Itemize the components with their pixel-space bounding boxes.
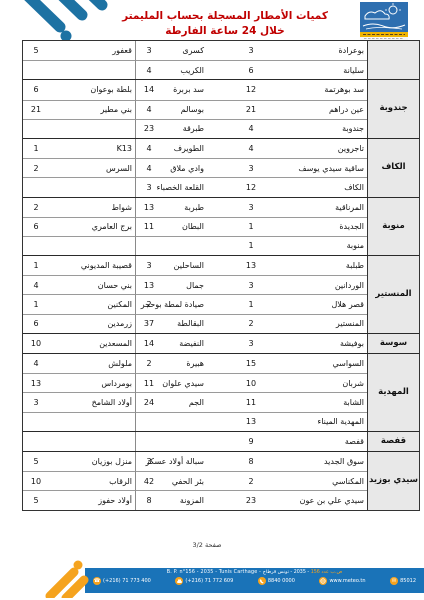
station-name-cell: شواط — [49, 198, 135, 217]
station-name-cell: سوق الجديد — [295, 452, 367, 471]
inm-emblem-icon — [360, 2, 408, 40]
station-name-cell — [162, 236, 207, 255]
station-name-cell: الرقاب — [49, 471, 135, 490]
rainfall-value-cell: 15 — [207, 354, 295, 373]
footer-address-latin: B. P. n°156 - 2035 - Tunis Carthage - — [167, 570, 261, 575]
region-cell: جندوبة — [367, 80, 419, 138]
region-group: قفصةقفصة9 — [23, 431, 419, 451]
rainfall-value-cell: 21 — [23, 100, 49, 119]
region-cell: منوبة — [367, 198, 419, 256]
station-name-cell: المكنين — [49, 294, 135, 313]
rainfall-value-cell: 11 — [135, 217, 162, 236]
rainfall-value-cell — [135, 412, 162, 431]
document-page: كميات الأمطار المسجلة بحساب المليمتر خلا… — [0, 0, 424, 600]
region-cell: الكاف — [367, 139, 419, 197]
station-name-cell: بوعرادة — [295, 41, 367, 60]
rainfall-value-cell: 21 — [207, 100, 295, 119]
station-name-cell — [49, 177, 135, 196]
footer-address-arabic: - 2035 - تونس قرطاج — [263, 570, 311, 575]
rainfall-value-cell: 12 — [207, 177, 295, 196]
station-name-cell: بني مطير — [49, 100, 135, 119]
rainfall-value-cell: 6 — [23, 314, 49, 333]
station-name-cell: البطان — [162, 217, 207, 236]
rainfall-table: بوعرادة3كسرى3قعفور5سليانة6الكريب4جندوبةس… — [22, 40, 420, 511]
region-cell: سوسة — [367, 334, 419, 353]
rainfall-value-cell: 37 — [135, 314, 162, 333]
region-group: الكافتاجروين4الطويرف4K131ساقية سيدي يوسف… — [23, 138, 419, 197]
rainfall-value-cell: 5 — [23, 490, 49, 509]
rainfall-value-cell: 4 — [23, 354, 49, 373]
station-name-cell: الشابة — [295, 392, 367, 411]
rainfall-value-cell: 2 — [207, 314, 295, 333]
rainfall-value-cell: 1 — [207, 236, 295, 255]
rainfall-value-cell — [23, 119, 49, 138]
station-name-cell: ملولش — [49, 354, 135, 373]
rainfall-value-cell: 8 — [135, 490, 162, 509]
region-group: سوسةبوفيشة3النفيضة14المسعدين10 — [23, 333, 419, 353]
station-name-cell: سيدي علوان — [162, 373, 207, 392]
station-name-cell: برج العامري — [49, 217, 135, 236]
call-center-icon — [258, 577, 266, 585]
rainfall-value-cell: 13 — [135, 275, 162, 294]
rainfall-value-cell: 6 — [207, 60, 295, 79]
rainfall-value-cell: 6 — [23, 80, 49, 99]
station-name-cell: سد بوهرتمة — [295, 80, 367, 99]
rainfall-value-cell: 13 — [135, 198, 162, 217]
rainfall-value-cell: 3 — [207, 41, 295, 60]
station-name-cell: بوفيشة — [295, 334, 367, 353]
footer-address: B. P. n°156 - 2035 - Tunis Carthage - ص.… — [93, 570, 416, 575]
rainfall-value-cell: 1 — [23, 139, 49, 158]
station-name-cell: بوسالم — [162, 100, 207, 119]
footer-fax: (+216) 71 772 609 — [175, 577, 233, 585]
sms-number: 85012 — [400, 578, 416, 584]
station-name-cell: الجم — [162, 392, 207, 411]
rainfall-value-cell: 10 — [207, 373, 295, 392]
station-name-cell: سليانة — [295, 60, 367, 79]
rainfall-value-cell: 3 — [207, 334, 295, 353]
station-name-cell: سيدي علي بن عون — [295, 490, 367, 509]
rainfall-value-cell: 3 — [135, 452, 162, 471]
station-name-cell: الساحلين — [162, 256, 207, 275]
region-group: جندوبةسد بوهرتمة12سد بربرة14بلطة بوعوان6… — [23, 79, 419, 138]
rainfall-value-cell — [23, 177, 49, 196]
station-name-cell: القلعة الخصباء — [162, 177, 207, 196]
footer-sms: ✉ 85012 — [390, 577, 416, 585]
rainfall-value-cell: 13 — [207, 412, 295, 431]
rainfall-value-cell: 3 — [135, 177, 162, 196]
station-name-cell: وادي ملاق — [162, 158, 207, 177]
station-name-cell: الوردانين — [295, 275, 367, 294]
rainfall-value-cell: 14 — [135, 80, 162, 99]
rainfall-value-cell: 11 — [207, 392, 295, 411]
rainfall-value-cell: 6 — [23, 217, 49, 236]
footer-contacts: ☎ (+216) 71 773 400 (+216) 71 772 609 88… — [93, 577, 416, 585]
station-name-cell: جمال — [162, 275, 207, 294]
rainfall-value-cell: 2 — [23, 198, 49, 217]
rainfall-value-cell: 13 — [23, 373, 49, 392]
region-group: بوعرادة3كسرى3قعفور5سليانة6الكريب4 — [23, 41, 419, 79]
rainfall-value-cell: 2 — [135, 354, 162, 373]
website-url: www.meteo.tn — [329, 578, 365, 584]
rainfall-value-cell: 23 — [207, 490, 295, 509]
rainfall-value-cell: 11 — [135, 373, 162, 392]
rainfall-value-cell — [135, 432, 162, 451]
diagonal-stripes-orange-icon — [44, 552, 108, 598]
station-name-cell: البقالطة — [162, 314, 207, 333]
station-name-cell: المزونة — [162, 490, 207, 509]
station-name-cell: قفصة — [295, 432, 367, 451]
station-name-cell — [49, 119, 135, 138]
rainfall-value-cell: 3 — [207, 158, 295, 177]
page-number: صفحة 3/2 — [0, 541, 414, 549]
rainfall-value-cell: 4 — [135, 158, 162, 177]
station-name-cell — [49, 236, 135, 255]
station-name-cell: شربان — [295, 373, 367, 392]
station-name-cell: جندوبة — [295, 119, 367, 138]
footer-website: www.meteo.tn — [319, 577, 365, 585]
station-name-cell: أولاد حفوز — [49, 490, 135, 509]
station-name-cell: المرناقية — [295, 198, 367, 217]
station-name-cell: الجديدة — [295, 217, 367, 236]
rainfall-value-cell — [135, 236, 162, 255]
region-group: منوبةالمرناقية3طبربة13شواط2الجديدة1البطا… — [23, 197, 419, 256]
station-name-cell: أولاد الشامخ — [49, 392, 135, 411]
rainfall-value-cell — [23, 236, 49, 255]
rainfall-value-cell — [23, 412, 49, 431]
station-name-cell — [49, 60, 135, 79]
station-name-cell: منوبة — [295, 236, 367, 255]
rainfall-value-cell: 3 — [207, 198, 295, 217]
station-name-cell: قصيبة المديوني — [49, 256, 135, 275]
rainfall-value-cell: 10 — [23, 471, 49, 490]
rainfall-value-cell: 4 — [23, 275, 49, 294]
rainfall-value-cell: 4 — [207, 139, 295, 158]
rainfall-value-cell: 1 — [23, 294, 49, 313]
rainfall-value-cell: 24 — [135, 392, 162, 411]
station-name-cell: السواسي — [295, 354, 367, 373]
region-group: المهديةالسواسي15هبيرة2ملولش4شربان10سيدي … — [23, 353, 419, 431]
station-name-cell: طبربة — [162, 198, 207, 217]
rainfall-value-cell: 8 — [207, 452, 295, 471]
station-name-cell: المهدية الميناء — [295, 412, 367, 431]
station-name-cell: المنستير — [295, 314, 367, 333]
region-cell: المنستير — [367, 256, 419, 333]
rainfall-value-cell: 13 — [207, 256, 295, 275]
rainfall-value-cell: 12 — [207, 80, 295, 99]
region-group: المنستيرطبلبة13الساحلين3قصيبة المديوني1ا… — [23, 255, 419, 333]
rainfall-value-cell: 1 — [207, 294, 295, 313]
rainfall-value-cell — [23, 432, 49, 451]
rainfall-value-cell: 3 — [135, 41, 162, 60]
station-name-cell: بئر الحفي — [162, 471, 207, 490]
station-name-cell: عين دراهم — [295, 100, 367, 119]
station-name-cell: قصر هلال — [295, 294, 367, 313]
station-name-cell: قعفور — [49, 41, 135, 60]
station-name-cell: سد بربرة — [162, 80, 207, 99]
station-name-cell: الكاف — [295, 177, 367, 196]
station-name-cell: كسرى — [162, 41, 207, 60]
station-name-cell — [49, 432, 135, 451]
rainfall-value-cell: 2 — [207, 471, 295, 490]
phone-number: (+216) 71 773 400 — [103, 578, 151, 584]
rainfall-value-cell: 3 — [135, 256, 162, 275]
footer-bar: B. P. n°156 - 2035 - Tunis Carthage - ص.… — [85, 568, 424, 593]
globe-icon — [319, 577, 327, 585]
rainfall-value-cell: 2 — [23, 158, 49, 177]
footer-address-arabic-highlight: ص.ب عدد 156 — [311, 570, 343, 575]
rainfall-value-cell: 5 — [23, 41, 49, 60]
rainfall-value-cell: 1 — [23, 256, 49, 275]
rainfall-value-cell: 42 — [135, 471, 162, 490]
rainfall-value-cell: 4 — [207, 119, 295, 138]
station-name-cell: المكناسي — [295, 471, 367, 490]
station-name-cell: صيادة لمطة بوحجر — [162, 294, 207, 313]
station-name-cell: طبرقة — [162, 119, 207, 138]
station-name-cell: الكريب — [162, 60, 207, 79]
region-group: سيدي بوزيدسوق الجديد8سبالة أولاد عسكر3من… — [23, 451, 419, 510]
station-name-cell: تاجروين — [295, 139, 367, 158]
rainfall-value-cell: 14 — [135, 334, 162, 353]
station-name-cell: بني حسان — [49, 275, 135, 294]
inm-logo — [360, 2, 408, 40]
station-name-cell: زرمدين — [49, 314, 135, 333]
rainfall-value-cell: 4 — [135, 139, 162, 158]
region-cell: قفصة — [367, 432, 419, 451]
station-name-cell: منزل بوزيان — [49, 452, 135, 471]
rainfall-value-cell: 3 — [207, 275, 295, 294]
region-cell — [367, 41, 419, 79]
station-name-cell: سبالة أولاد عسكر — [162, 452, 207, 471]
fax-icon — [175, 577, 183, 585]
station-name-cell: K13 — [49, 139, 135, 158]
call-center-number: 8840 0000 — [268, 578, 295, 584]
fax-number: (+216) 71 772 609 — [185, 578, 233, 584]
rainfall-value-cell: 1 — [207, 217, 295, 236]
region-cell: المهدية — [367, 354, 419, 431]
rainfall-value-cell: 4 — [135, 100, 162, 119]
footer-stripes-logo — [44, 552, 108, 598]
rainfall-value-cell: 10 — [23, 334, 49, 353]
region-cell: سيدي بوزيد — [367, 452, 419, 510]
station-name-cell: النفيضة — [162, 334, 207, 353]
rainfall-value-cell: 23 — [135, 119, 162, 138]
station-name-cell: المسعدين — [49, 334, 135, 353]
rainfall-value-cell: 2 — [135, 294, 162, 313]
station-name-cell — [49, 412, 135, 431]
rainfall-value-cell: 3 — [23, 392, 49, 411]
station-name-cell: ساقية سيدي يوسف — [295, 158, 367, 177]
station-name-cell: بلطة بوعوان — [49, 80, 135, 99]
station-name-cell: السرس — [49, 158, 135, 177]
station-name-cell: الطويرف — [162, 139, 207, 158]
footer-call-center: 8840 0000 — [258, 577, 295, 585]
rainfall-value-cell: 9 — [207, 432, 295, 451]
station-name-cell: بومرداس — [49, 373, 135, 392]
sms-icon: ✉ — [390, 577, 398, 585]
rainfall-value-cell: 4 — [135, 60, 162, 79]
station-name-cell: طبلبة — [295, 256, 367, 275]
station-name-cell — [162, 432, 207, 451]
station-name-cell — [162, 412, 207, 431]
station-name-cell: هبيرة — [162, 354, 207, 373]
rainfall-value-cell: 5 — [23, 452, 49, 471]
rainfall-value-cell — [23, 60, 49, 79]
